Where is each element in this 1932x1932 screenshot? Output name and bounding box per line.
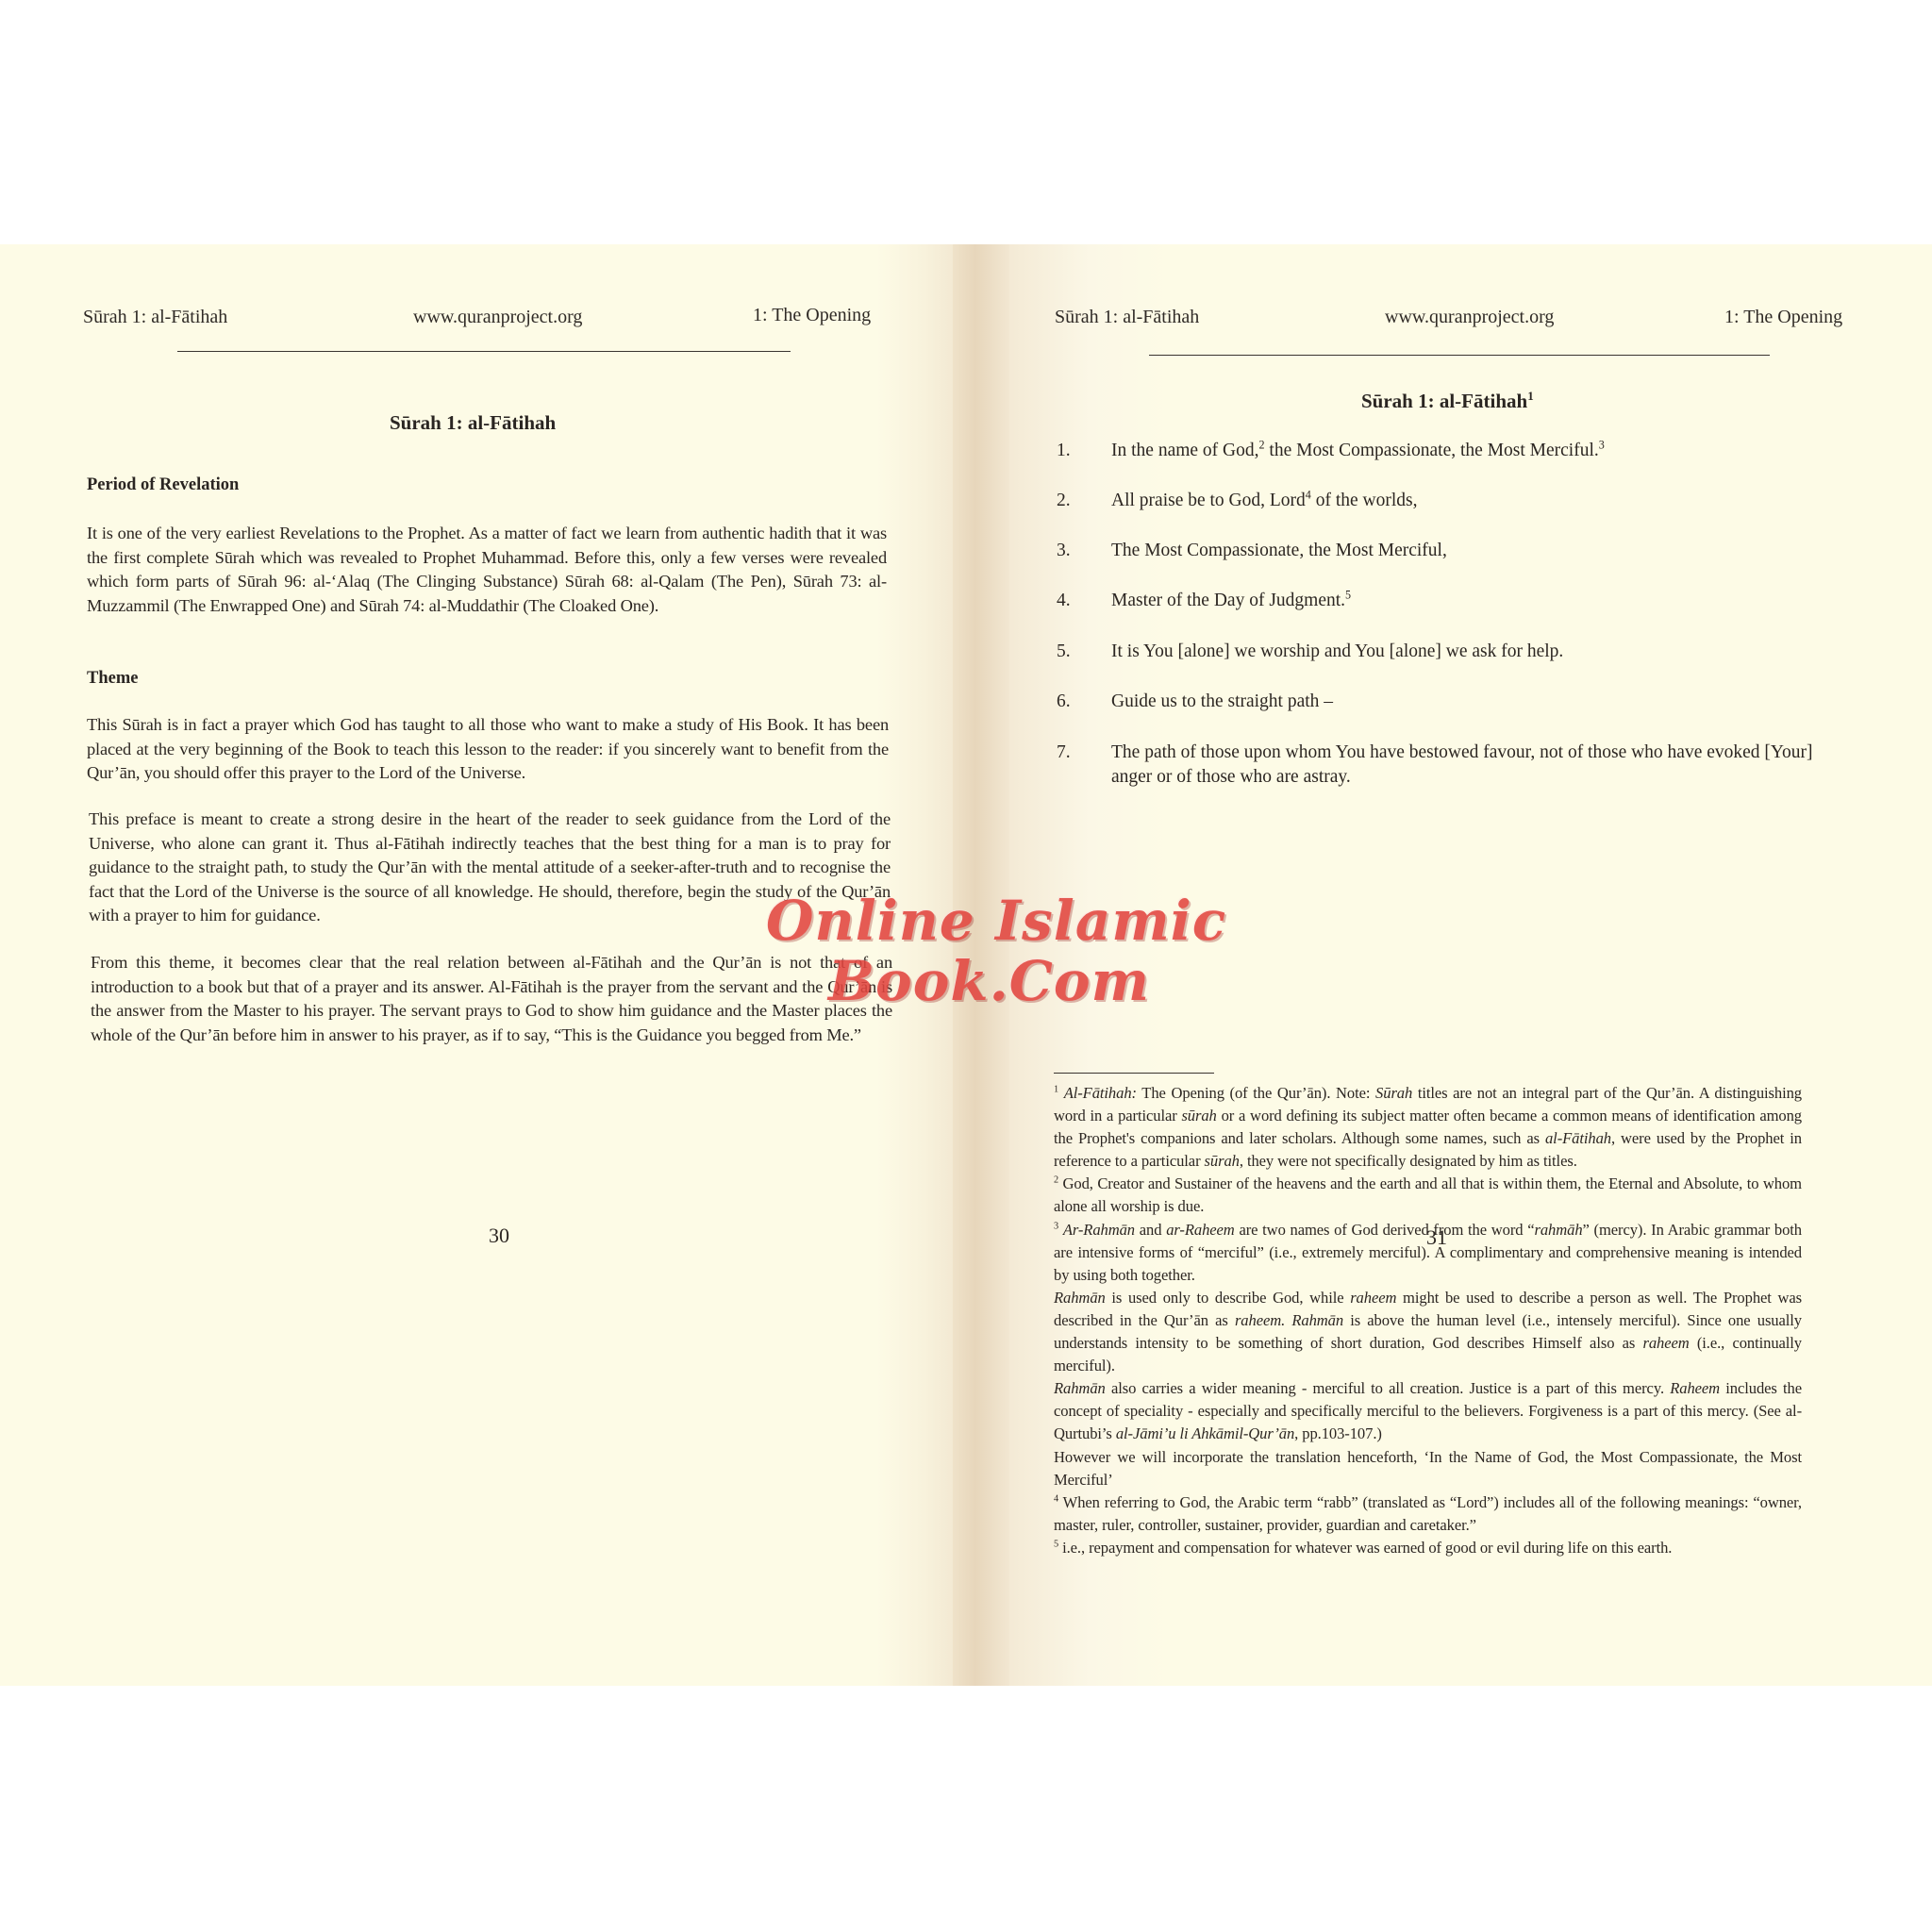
page-number-left: 30 (489, 1224, 509, 1248)
chapter-title-text: Sūrah 1: al-Fātihah (1361, 390, 1527, 412)
footnote: 1 Al-Fātihah: The Opening (of the Qur’ān… (1054, 1082, 1802, 1173)
footnote: Rahmān is used only to describe God, whi… (1054, 1287, 1802, 1377)
verse-number: 7. (1057, 741, 1094, 765)
footnote-ref: 4 (1306, 489, 1311, 502)
book-spread: Sūrah 1: al-Fātihah www.quranproject.org… (0, 244, 1932, 1686)
footnote-ref: 2 (1259, 439, 1265, 452)
footnote-ref: 2 (1054, 1175, 1058, 1186)
running-head-left: Sūrah 1: al-Fātihah (1055, 307, 1199, 328)
footnote-ref: 3 (1054, 1221, 1058, 1231)
footnote-ref: 3 (1599, 439, 1605, 452)
running-head-url: www.quranproject.org (1385, 307, 1554, 328)
footnote-ref: 1 (1054, 1084, 1058, 1094)
verse-number: 2. (1057, 489, 1094, 513)
verse-text: The path of those upon whom You have bes… (1111, 741, 1819, 790)
italic-term: Al-Fātihah: (1064, 1084, 1137, 1102)
footnote: 5 i.e., repayment and compensation for w… (1054, 1537, 1802, 1559)
italic-term: sūrah (1205, 1152, 1240, 1170)
paragraph-period: It is one of the very earliest Revelatio… (87, 522, 887, 618)
section-heading-period: Period of Revelation (87, 475, 239, 495)
verse-text: Master of the Day of Judgment.5 (1111, 589, 1819, 613)
italic-term: Rahmān (1054, 1289, 1106, 1307)
watermark-line-1: Online Islamic (766, 889, 1226, 953)
section-heading-theme: Theme (87, 669, 138, 689)
italic-term: rahmāh (1534, 1221, 1582, 1239)
italic-term: al-Jāmi’u li Ahkāmil-Qur’ān (1116, 1424, 1294, 1442)
italic-term: sūrah (1181, 1107, 1216, 1124)
verse-text: Guide us to the straight path – (1111, 690, 1819, 714)
left-page: Sūrah 1: al-Fātihah www.quranproject.org… (0, 244, 953, 1686)
italic-term: ar-Raheem (1166, 1221, 1235, 1239)
footnote: 4 When referring to God, the Arabic term… (1054, 1491, 1802, 1537)
header-rule (177, 351, 791, 352)
italic-term: Sūrah (1375, 1084, 1412, 1102)
verse-number: 1. (1057, 439, 1094, 463)
verse-text: The Most Compassionate, the Most Mercifu… (1111, 539, 1819, 563)
verse-number: 4. (1057, 589, 1094, 613)
verse-number: 5. (1057, 640, 1094, 664)
italic-term: raheem (1350, 1289, 1396, 1307)
footnote-ref: 4 (1054, 1493, 1058, 1504)
verse-text: It is You [alone] we worship and You [al… (1111, 640, 1819, 664)
footnote-ref: 1 (1527, 389, 1534, 403)
verse-text: All praise be to God, Lord4 of the world… (1111, 489, 1819, 513)
italic-term: al-Fātihah (1545, 1129, 1611, 1147)
italic-term: Ar-Rahmān (1063, 1221, 1135, 1239)
italic-term: Raheem (1670, 1379, 1720, 1397)
verse-text: In the name of God,2 the Most Compassion… (1111, 439, 1819, 463)
footnotes: 1 Al-Fātihah: The Opening (of the Qur’ān… (1054, 1082, 1802, 1559)
footnote: However we will incorporate the translat… (1054, 1446, 1802, 1491)
paragraph-theme-1: This Sūrah is in fact a prayer which God… (87, 713, 889, 786)
footnote-rule (1054, 1073, 1214, 1074)
running-head-right: 1: The Opening (1724, 307, 1842, 328)
chapter-title: Sūrah 1: al-Fātihah1 (1361, 390, 1534, 413)
footnote: Rahmān also carries a wider meaning - me… (1054, 1377, 1802, 1445)
italic-term: raheem (1642, 1334, 1689, 1352)
paragraph-theme-3: From this theme, it becomes clear that t… (91, 951, 892, 1047)
watermark-line-2: Book.Com (828, 949, 1150, 1013)
italic-term: Rahmān (1054, 1379, 1106, 1397)
footnote-ref: 5 (1345, 589, 1351, 602)
verse-number: 3. (1057, 539, 1094, 563)
italic-term: raheem. Rahmān (1235, 1311, 1343, 1329)
running-head-left: Sūrah 1: al-Fātihah (83, 307, 227, 328)
page-number-right: 31 (1426, 1225, 1447, 1250)
running-head-right: 1: The Opening (753, 305, 871, 326)
footnote-ref: 5 (1054, 1539, 1058, 1549)
header-rule (1149, 355, 1770, 356)
chapter-title: Sūrah 1: al-Fātihah (390, 411, 556, 435)
footnote: 2 God, Creator and Sustainer of the heav… (1054, 1173, 1802, 1218)
running-head-url: www.quranproject.org (413, 307, 582, 328)
verse-number: 6. (1057, 690, 1094, 714)
